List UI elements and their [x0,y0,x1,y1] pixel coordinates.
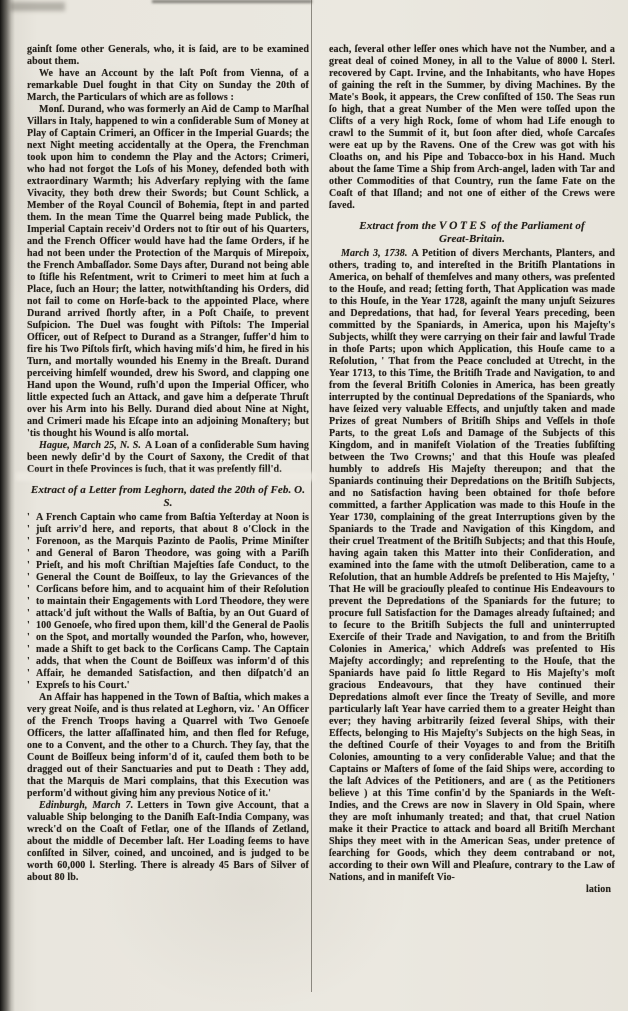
paragraph-votes: March 3, 1738.A Petition of divers Merch… [329,248,615,884]
right-column: each, ſeveral other leſſer ones which ha… [329,44,615,896]
dateline-hague: Hague, March 25, N. S. [39,440,141,451]
catchword: lation [329,884,615,896]
left-column: gainſt ſome other Generals, who, it is ſ… [27,44,309,896]
paragraph-duel-story: Monſ. Durand, who was formerly an Aid de… [27,104,309,440]
paragraph-votes-text: A Petition of divers Merchants, Planters… [329,248,615,883]
heading-votes: Extract from the VOTES of the Parliament… [329,220,615,245]
heading-votes-caps: VOTES [439,220,489,232]
heading-leghorn-letter: Extract of a Letter from Leghorn, dated … [27,484,309,509]
text-columns: gainſt ſome other Generals, who, it is ſ… [27,44,615,896]
paragraph-wreck-continuation: each, ſeveral other leſſer ones which ha… [329,44,615,212]
scan-left-edge-shadow [0,0,15,1011]
heading-votes-pre: Extract from the [359,220,436,232]
paragraph-bastia-affair: An Affair has happened in the Town of Ba… [27,692,309,800]
newspaper-page: gainſt ſome other Generals, who, it is ſ… [0,0,628,1011]
heading-votes-post: of the Parliament of [491,220,584,232]
scan-top-smudge [152,0,312,3]
scan-corner-smudge [10,2,65,11]
paragraph-hague: Hague, March 25, N. S.A Loan of a conſid… [27,440,309,476]
paragraph-continuation: gainſt ſome other Generals, who, it is ſ… [27,44,309,68]
paragraph-edinburgh: Edinburgh, March 7.Letters in Town give … [27,800,309,884]
heading-votes-line2: Great-Britain. [329,233,615,246]
paragraph-edinburgh-text: Letters in Town give Account, that a val… [27,800,309,883]
dateline-edinburgh: Edinburgh, March 7. [39,800,133,811]
dateline-votes: March 3, 1738. [341,248,408,259]
paragraph-vienna-intro: We have an Account by the laſt Poſt from… [27,68,309,104]
paragraph-leghorn-letter: A French Captain who came from Baſtia Ye… [27,512,309,692]
